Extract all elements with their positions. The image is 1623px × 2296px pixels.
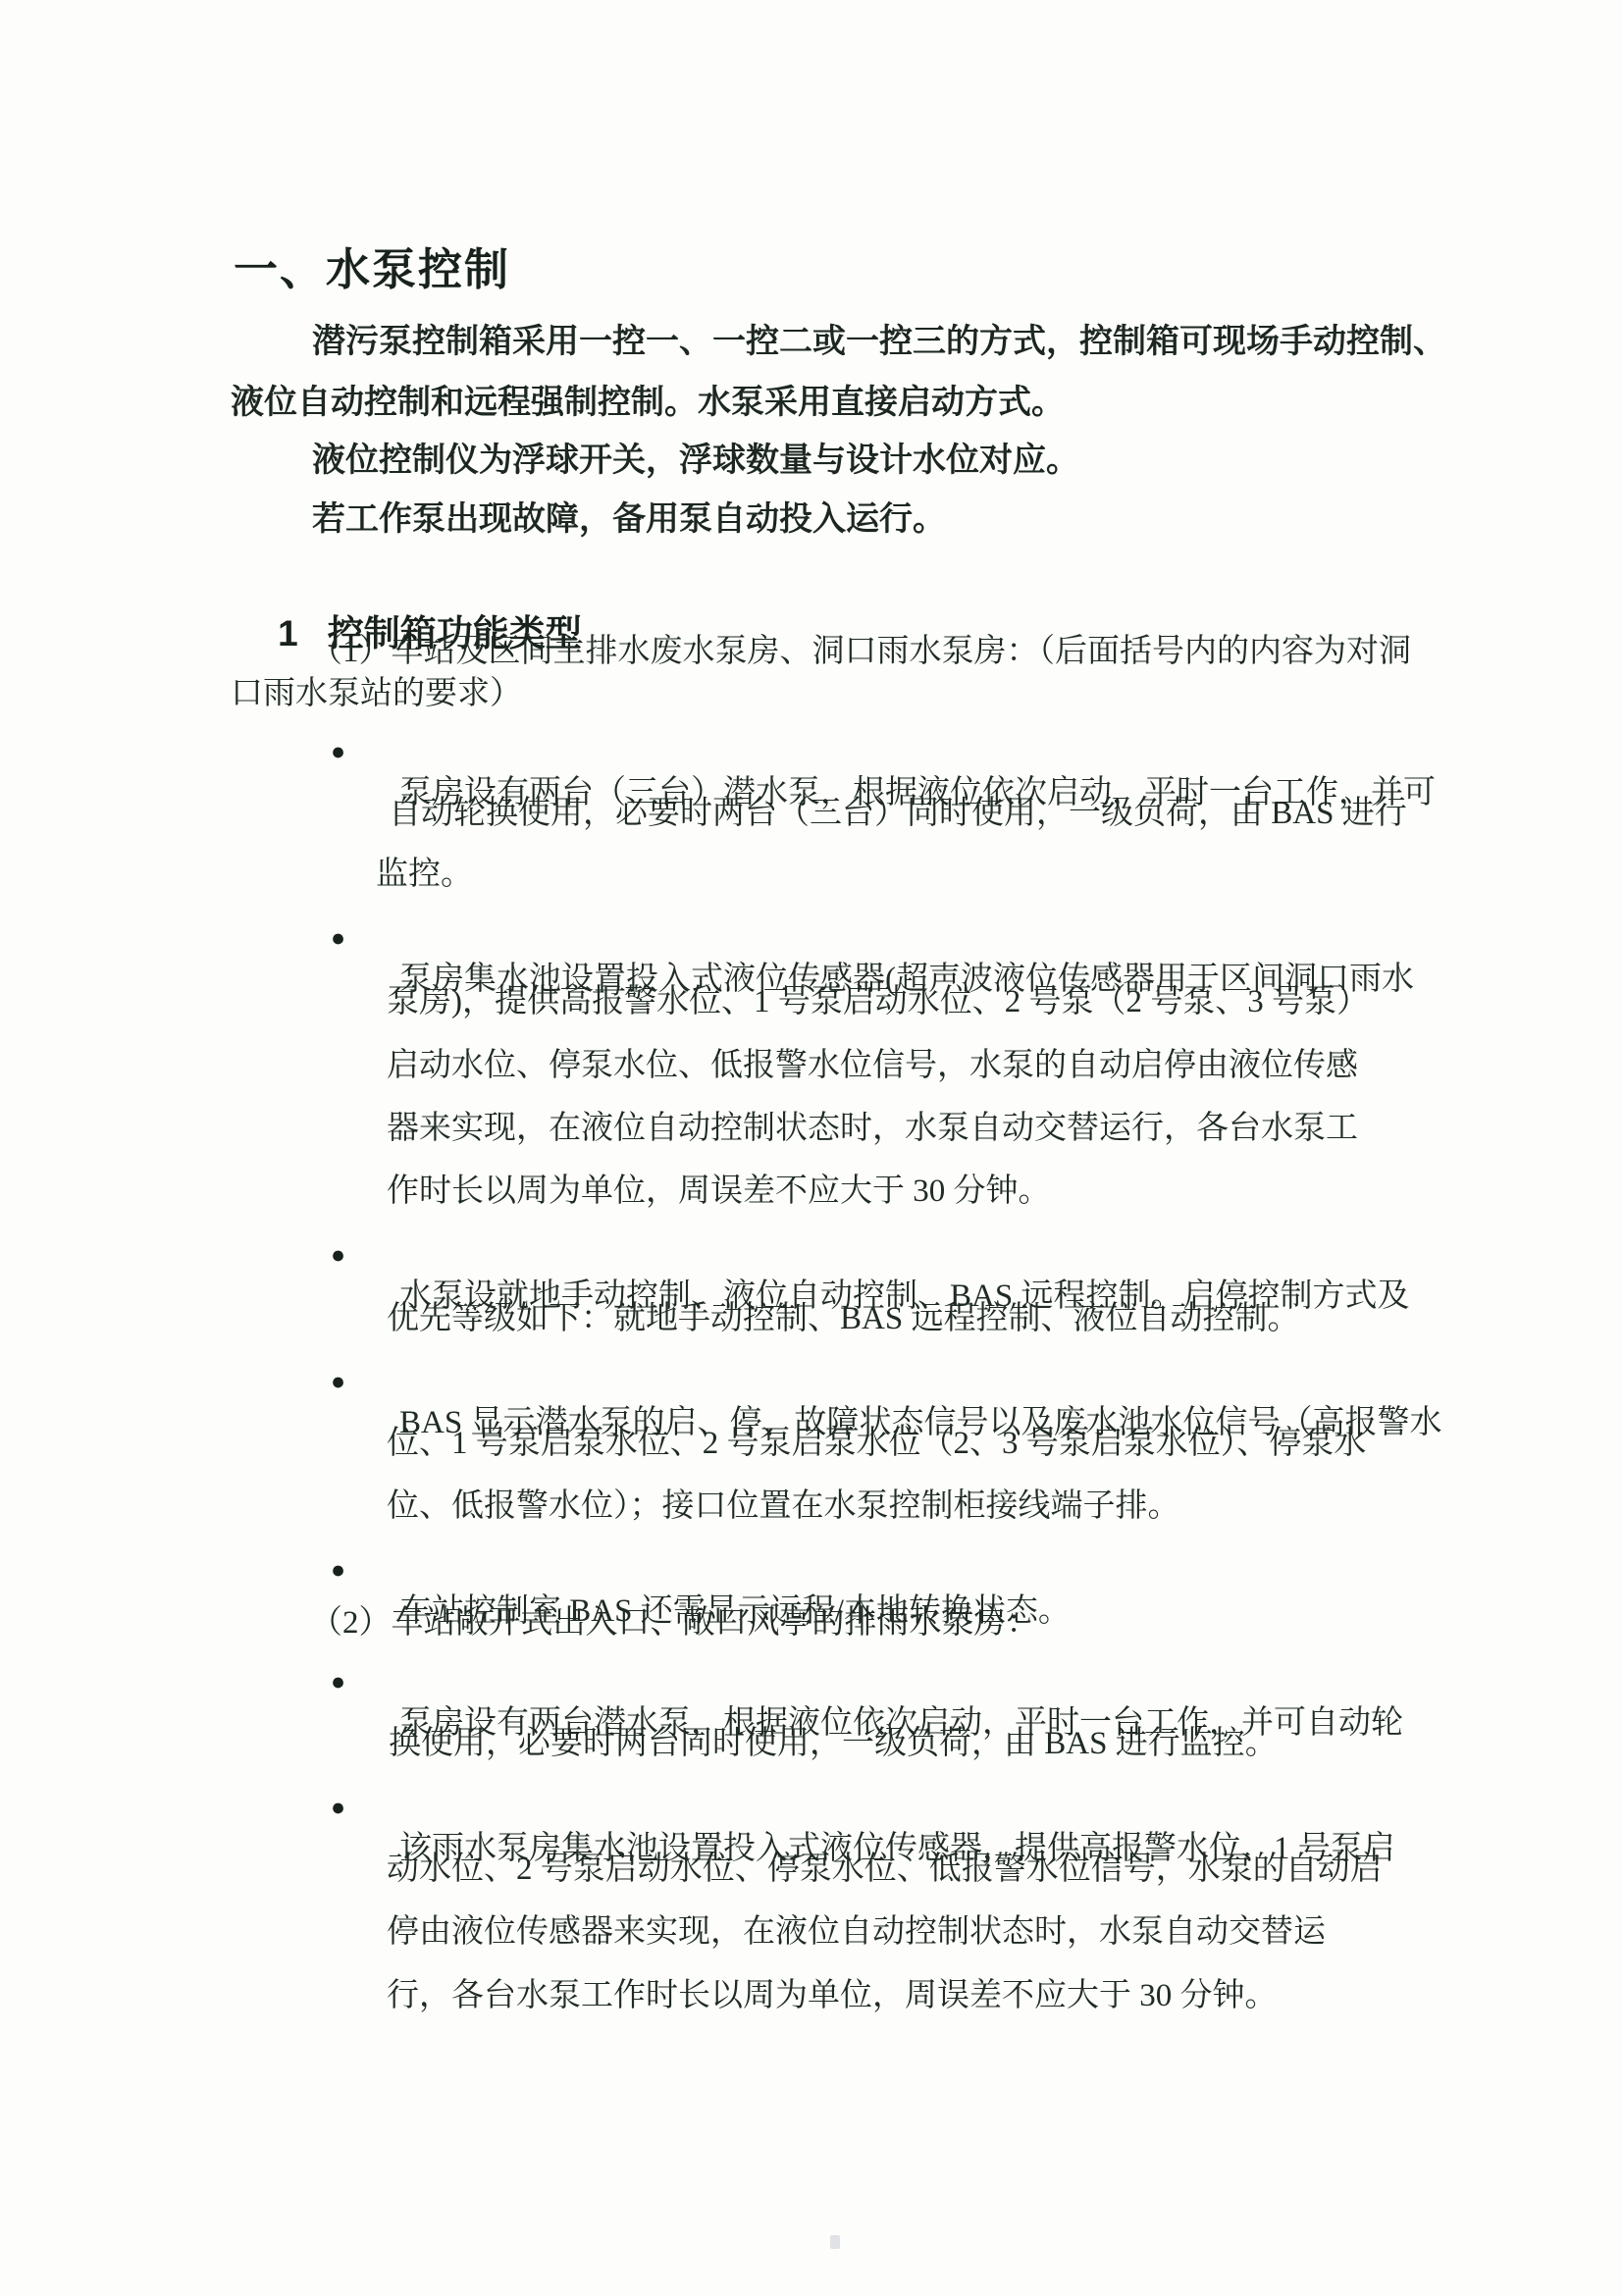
bullet-line: 自动轮换使用，必要时两台（三台）同时使用，一级负荷，由 BAS 进行 bbox=[389, 793, 1407, 834]
bullet-line: 泵房)，提供高报警水位、1 号泵启动水位、2 号泵（2 号泵、3 号泵） bbox=[387, 981, 1369, 1022]
bullet-line: 启动水位、停泵水位、低报警水位信号，水泵的自动启停由液位传感 bbox=[387, 1045, 1358, 1086]
bullet-line: 换使用，必要时两台同时使用，一级负荷，由 BAS 进行监控。 bbox=[389, 1723, 1278, 1764]
bullet-line: 停由液位传感器来实现，在液位自动控制状态时，水泵自动交替运 bbox=[387, 1911, 1326, 1953]
item2-label-line: （2）车站敞开式出入口、敞口风亭的排雨水泵房： bbox=[310, 1602, 1039, 1644]
bullet-icon: ● bbox=[331, 734, 345, 771]
bullet-line: 监控。 bbox=[376, 854, 473, 895]
bullet-line: 动水位、2 号泵启动水位、停泵水位、低报警水位信号，水泵的自动启 bbox=[387, 1849, 1383, 1890]
bullet-line: ●泵房集水池设置投入式液位传感器(超声波液位传感器用于区间洞口雨水 bbox=[367, 917, 1414, 1041]
bullet-line: 作时长以周为单位，周误差不应大于 30 分钟。 bbox=[387, 1171, 1051, 1212]
scan-artifact bbox=[830, 2235, 840, 2249]
bullet-line: 行，各台水泵工作时长以周为单位，周误差不应大于 30 分钟。 bbox=[387, 1975, 1278, 2016]
bullet-icon: ● bbox=[331, 1790, 345, 1827]
intro-paragraph-line: 液位控制仪为浮球开关，浮球数量与设计水位对应。 bbox=[312, 441, 1079, 482]
bullet-icon: ● bbox=[331, 920, 345, 958]
bullet-line: 器来实现，在液位自动控制状态时，水泵自动交替运行，各台水泵工 bbox=[387, 1108, 1358, 1149]
bullet-icon: ● bbox=[331, 1552, 345, 1590]
bullet-line: 位、1 号泵启泵水位、2 号泵启泵水位（2、3 号泵启泵水位）、停泵水 bbox=[387, 1423, 1366, 1464]
bullet-icon: ● bbox=[331, 1364, 345, 1401]
bullet-icon: ● bbox=[331, 1664, 345, 1701]
bullet-icon: ● bbox=[331, 1237, 345, 1275]
item1-label-line: （1）车站及区间主排水废水泵房、洞口雨水泵房：（后面括号内的内容为对洞 bbox=[310, 631, 1411, 672]
page-title: 一、水泵控制 bbox=[234, 245, 510, 294]
bullet-line: 位、低报警水位）；接口位置在水泵控制柜接线端子排。 bbox=[387, 1486, 1180, 1527]
bullet-line: 优先等级如下：就地手动控制、BAS 远程控制、液位自动控制。 bbox=[387, 1298, 1299, 1339]
document-page: 一、水泵控制 潜污泵控制箱采用一控一、一控二或一控三的方式，控制箱可现场手动控制… bbox=[0, 0, 1623, 2296]
section-number: 1 bbox=[278, 613, 298, 653]
intro-paragraph-line: 液位自动控制和远程强制控制。水泵采用直接启动方式。 bbox=[231, 383, 1065, 424]
intro-paragraph-line: 若工作泵出现故障，备用泵自动投入运行。 bbox=[312, 499, 946, 541]
item1-label-line: 口雨水泵站的要求） bbox=[231, 673, 522, 714]
intro-paragraph-line: 潜污泵控制箱采用一控一、一控二或一控三的方式，控制箱可现场手动控制、 bbox=[312, 322, 1446, 363]
bullet-line: ●水泵设就地手动控制、液位自动控制、BAS 远程控制。启停控制方式及 bbox=[367, 1234, 1409, 1358]
